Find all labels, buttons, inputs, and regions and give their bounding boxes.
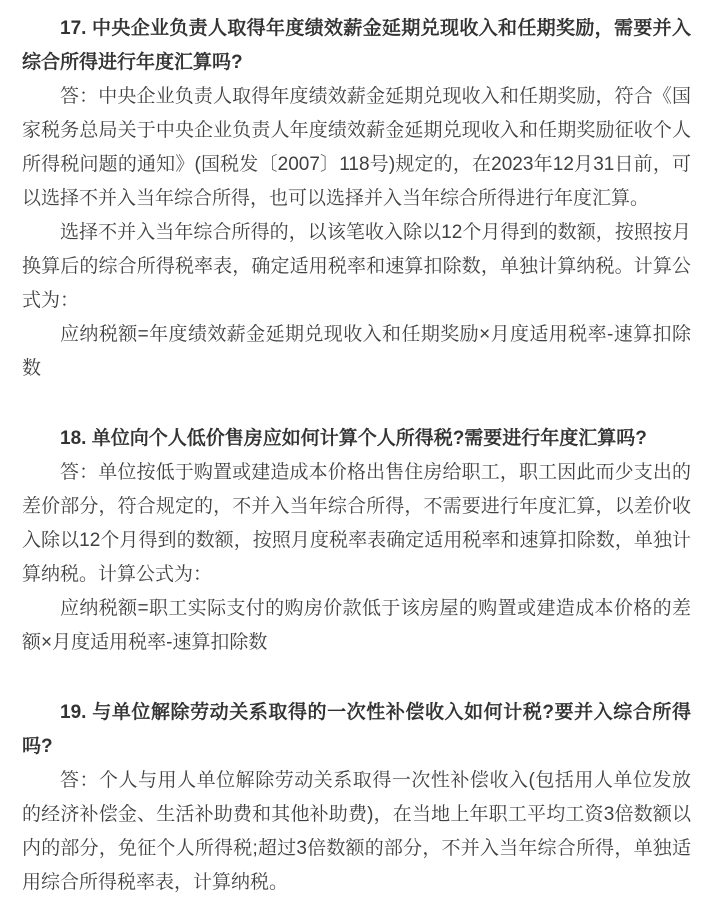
question-heading: 17. 中央企业负责人取得年度绩效薪金延期兑现收入和任期奖励，需要并入综合所得进… — [22, 12, 691, 80]
answer-paragraph: 选择不并入当年综合所得的，以该笔收入除以12个月得到的数额，按照按月换算后的综合… — [22, 216, 691, 318]
answer-paragraph: 应纳税额=职工实际支付的购房价款低于该房屋的购置或建造成本价格的差额×月度适用税… — [22, 592, 691, 660]
question-heading: 18. 单位向个人低价售房应如何计算个人所得税?需要进行年度汇算吗? — [22, 422, 691, 456]
answer-paragraph: 答：单位按低于购置或建造成本价格出售住房给职工，职工因此而少支出的差价部分，符合… — [22, 456, 691, 592]
tax-qa-document: 17. 中央企业负责人取得年度绩效薪金延期兑现收入和任期奖励，需要并入综合所得进… — [0, 0, 713, 912]
qa-sections-container: 17. 中央企业负责人取得年度绩效薪金延期兑现收入和任期奖励，需要并入综合所得进… — [22, 12, 691, 900]
qa-section: 17. 中央企业负责人取得年度绩效薪金延期兑现收入和任期奖励，需要并入综合所得进… — [22, 12, 691, 386]
answer-paragraph: 应纳税额=年度绩效薪金延期兑现收入和任期奖励×月度适用税率-速算扣除数 — [22, 318, 691, 386]
answer-paragraph: 答：中央企业负责人取得年度绩效薪金延期兑现收入和任期奖励，符合《国家税务总局关于… — [22, 80, 691, 216]
qa-section: 18. 单位向个人低价售房应如何计算个人所得税?需要进行年度汇算吗? 答：单位按… — [22, 422, 691, 660]
answer-paragraph: 答：个人与用人单位解除劳动关系取得一次性补偿收入(包括用人单位发放的经济补偿金、… — [22, 764, 691, 900]
qa-section: 19. 与单位解除劳动关系取得的一次性补偿收入如何计税?要并入综合所得吗? 答：… — [22, 696, 691, 900]
question-heading: 19. 与单位解除劳动关系取得的一次性补偿收入如何计税?要并入综合所得吗? — [22, 696, 691, 764]
